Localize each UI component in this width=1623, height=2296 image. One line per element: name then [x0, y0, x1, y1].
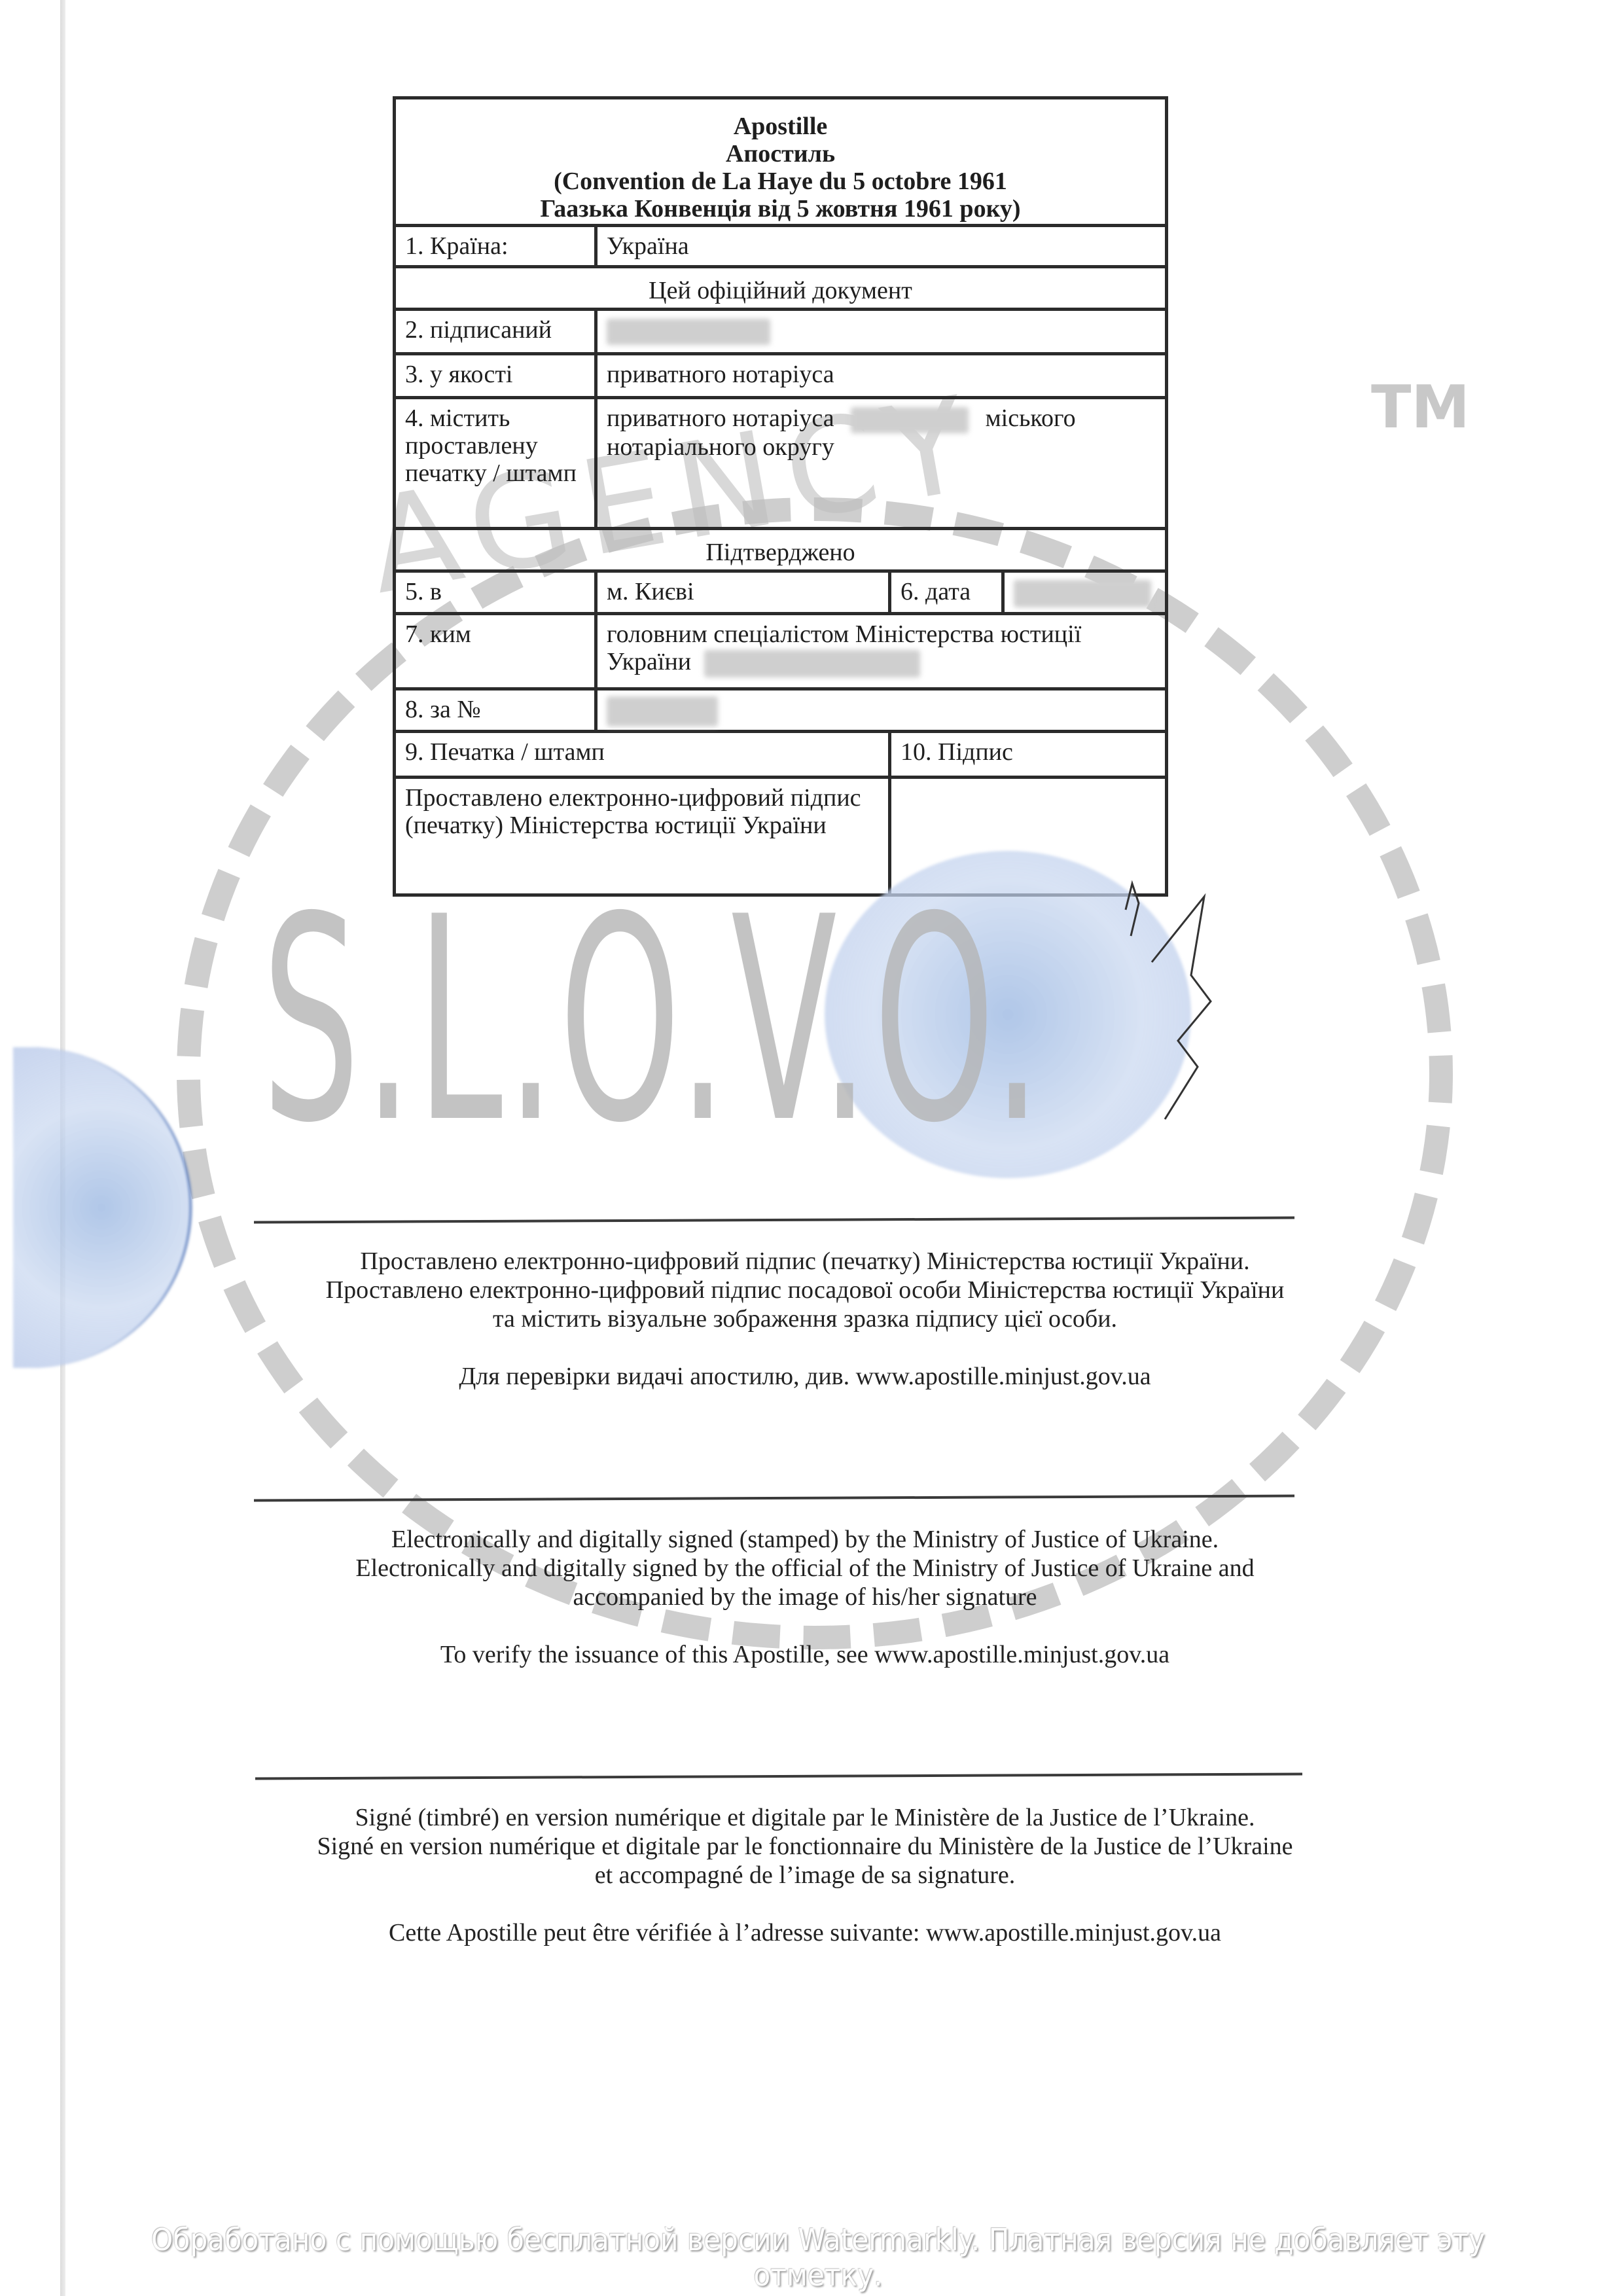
stamp-text: Проставлено електронно-цифровий підпис (…: [396, 779, 888, 893]
note-uk-line1: Проставлено електронно-цифровий підпис (…: [249, 1247, 1361, 1276]
signed-by-label: 2. підписаний: [396, 311, 594, 352]
note-fr-line1: Signé (timbré) en version numérique et d…: [249, 1803, 1361, 1832]
divider-uk: [254, 1217, 1294, 1224]
seal-label: 4. містить проставлену печатку / штамп: [396, 399, 594, 527]
title-convention-fr: (Convention de La Haye du 5 octobre 1961: [396, 168, 1165, 195]
section-official-document-text: Цей офіційний документ: [396, 268, 1165, 308]
table-row-place-date: 5. в м. Києві 6. дата: [396, 569, 1165, 612]
date-label: 6. дата: [888, 573, 1001, 612]
country-value: Україна: [594, 227, 1165, 265]
note-uk-line3: та містить візуальне зображення зразка п…: [249, 1304, 1361, 1333]
table-title: Apostille Апостиль (Convention de La Hay…: [396, 99, 1165, 224]
divider-en: [254, 1495, 1294, 1502]
note-en-line2: Electronically and digitally signed by t…: [249, 1554, 1361, 1583]
stamp-label: 9. Печатка / штамп: [396, 733, 888, 776]
redacted-official-name: [704, 650, 920, 677]
section-official-document: Цей офіційний документ: [396, 265, 1165, 308]
note-fr-line3: et accompagné de l’image de sa signature…: [249, 1861, 1361, 1890]
title-apostille-uk: Апостиль: [396, 140, 1165, 168]
redacted-date: [1014, 580, 1151, 607]
table-row-stamp-signature-header: 9. Печатка / штамп 10. Підпис: [396, 730, 1165, 776]
notary-seal-partial: [13, 1047, 192, 1368]
note-fr: Signé (timbré) en version numérique et d…: [249, 1803, 1361, 1947]
note-en-line1: Electronically and digitally signed (sta…: [249, 1525, 1361, 1554]
trademark-watermark: TM: [1371, 373, 1470, 442]
divider-fr: [255, 1773, 1302, 1780]
seal-value: приватного нотаріуса міського нотаріальн…: [594, 399, 1165, 527]
table-row-number: 8. за №: [396, 687, 1165, 730]
redacted-district: [851, 407, 969, 433]
note-fr-verify: Cette Apostille peut être vérifiée à l’a…: [249, 1918, 1361, 1947]
apostille-table: Apostille Апостиль (Convention de La Hay…: [393, 96, 1168, 897]
title-apostille: Apostille: [396, 113, 1165, 140]
watermarkly-notice: Обработано с помощью бесплатной версии W…: [126, 2222, 1510, 2293]
handwritten-signature: [1113, 870, 1230, 1132]
table-row-seal: 4. містить проставлену печатку / штамп п…: [396, 396, 1165, 527]
table-row-signed-by: 2. підписаний: [396, 308, 1165, 352]
table-row-by-whom: 7. ким головним спеціалістом Міністерств…: [396, 612, 1165, 687]
capacity-label: 3. у якості: [396, 355, 594, 396]
note-en: Electronically and digitally signed (sta…: [249, 1525, 1361, 1669]
note-uk-line2: Проставлено електронно-цифровий підпис п…: [249, 1276, 1361, 1304]
by-whom-label: 7. ким: [396, 615, 594, 687]
number-label: 8. за №: [396, 691, 594, 730]
country-label: 1. Країна:: [396, 227, 594, 265]
section-certified: Підтверджено: [396, 527, 1165, 569]
place-value: м. Києві: [594, 573, 888, 612]
note-uk: Проставлено електронно-цифровий підпис (…: [249, 1247, 1361, 1391]
table-header-row: Apostille Апостиль (Convention de La Hay…: [396, 99, 1165, 224]
by-whom-line2: України: [607, 648, 691, 675]
place-label: 5. в: [396, 573, 594, 612]
note-uk-verify: Для перевірки видачі апостилю, див. www.…: [249, 1362, 1361, 1391]
note-en-line3: accompanied by the image of his/her sign…: [249, 1583, 1361, 1611]
date-value: [1001, 573, 1165, 612]
note-en-verify: To verify the issuance of this Apostille…: [249, 1640, 1361, 1669]
table-row-capacity: 3. у якості приватного нотаріуса: [396, 352, 1165, 396]
table-row-country: 1. Країна: Україна: [396, 224, 1165, 265]
capacity-value: приватного нотаріуса: [594, 355, 1165, 396]
by-whom-line1: головним спеціалістом Міністерства юстиц…: [607, 620, 1081, 648]
title-convention-uk: Гаазька Конвенція від 5 жовтня 1961 року…: [396, 195, 1165, 223]
redacted-number: [607, 696, 718, 726]
redacted-name: [607, 319, 770, 345]
signature-label: 10. Підпис: [888, 733, 1165, 776]
seal-value-part1: приватного нотаріуса: [607, 404, 834, 432]
note-fr-line2: Signé en version numérique et digitale p…: [249, 1832, 1361, 1861]
seal-value-part3: нотаріального округу: [607, 433, 834, 461]
by-whom-value: головним спеціалістом Міністерства юстиц…: [594, 615, 1165, 687]
number-value: [594, 691, 1165, 730]
seal-value-part2: міського: [986, 404, 1076, 432]
signed-by-value: [594, 311, 1165, 352]
section-certified-text: Підтверджено: [396, 530, 1165, 569]
